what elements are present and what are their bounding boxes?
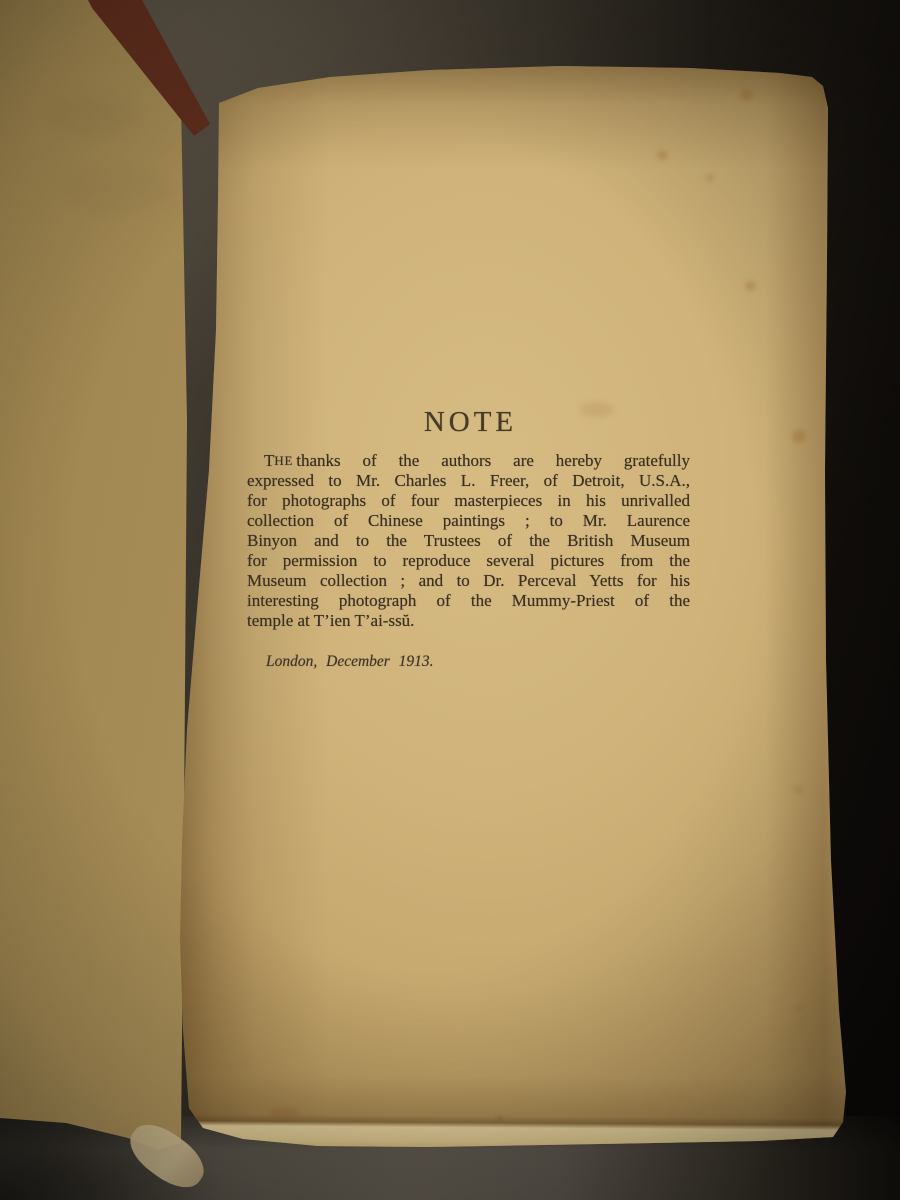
note-line: Museum collection ; and to Dr. Perceval … — [247, 571, 690, 591]
note-line: THE thanks of the authors are hereby gra… — [247, 451, 690, 471]
note-line: expressed to Mr. Charles L. Freer, of De… — [247, 471, 690, 491]
page-title: NOTE — [247, 408, 690, 436]
printed-text: NOTE THE thanks of the authors are hereb… — [0, 0, 900, 1200]
note-line: Binyon and to the Trustees of the Britis… — [247, 531, 690, 551]
small-caps: HE — [274, 451, 293, 471]
note-paragraph: THE thanks of the authors are hereby gra… — [247, 451, 690, 631]
note-line: interesting photograph of the Mummy-Prie… — [247, 591, 690, 611]
dateline: London, December 1913. — [266, 653, 666, 671]
note-line: temple at T’ien T’ai-ssŭ. — [247, 611, 690, 631]
book-photo-scene: NOTE THE thanks of the authors are hereb… — [0, 0, 900, 1200]
note-line: for permission to reproduce several pict… — [247, 551, 690, 571]
note-line: collection of Chinese paintings ; to Mr.… — [247, 511, 690, 531]
note-line: for photographs of four masterpieces in … — [247, 491, 690, 511]
